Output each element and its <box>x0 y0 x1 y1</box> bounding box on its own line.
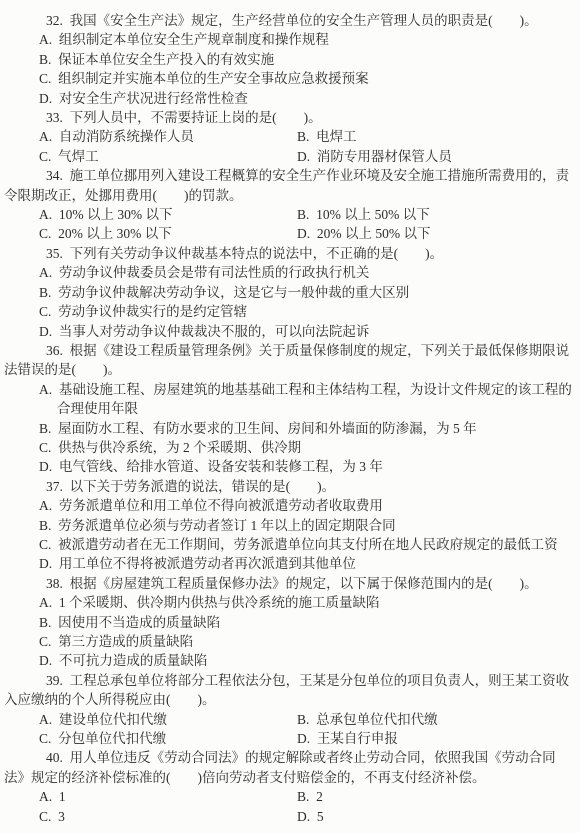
option-line: A. 劳动争议仲裁委员会是带有司法性质的行政执行机关 <box>4 263 580 282</box>
option-line: A. 1 个采暖期、供冷期内供热与供冷系统的施工质量缺陷 <box>4 593 580 612</box>
option-line: D. 用工单位不得将被派遣劳动者再次派遣到其他单位 <box>4 554 580 573</box>
question-35: 35. 下列有关劳动争议仲裁基本特点的说法中，不正确的是( )。 A. 劳动争议… <box>4 244 580 341</box>
option-line: B. 保证本单位安全生产投入的有效实施 <box>4 50 580 69</box>
option-line-continuation: 合理使用年限 <box>4 399 580 418</box>
option-cell: A. 1 <box>39 787 297 806</box>
option-line: C. 被派遣劳动者在无工作期间，劳务派遣单位向其支付所在地人民政府规定的最低工资 <box>4 535 580 554</box>
option-cell: B. 10% 以上 50% 以下 <box>297 205 580 224</box>
option-line: B. 劳动争议仲裁解决劳动争议，这是它与一般仲裁的重大区别 <box>4 283 580 302</box>
option-pair-row: C. 分包单位代扣代缴 D. 王某自行申报 <box>4 729 580 748</box>
option-pair-row: A. 10% 以上 30% 以下 B. 10% 以上 50% 以下 <box>4 205 580 224</box>
question-37: 37. 以下关于劳务派遣的说法，错误的是( )。 A. 劳务派遣单位和用工单位不… <box>4 477 580 574</box>
option-line: A. 组织制定本单位安全生产规章制度和操作规程 <box>4 30 580 49</box>
option-cell: D. 20% 以上 50% 以下 <box>297 224 580 243</box>
question-stem: 39. 工程总承包单位将部分工程依法分包，王某是分包单位的项目负责人，则王某工资… <box>4 671 580 690</box>
option-cell: A. 10% 以上 30% 以下 <box>39 205 297 224</box>
question-stem: 32. 我国《安全生产法》规定，生产经营单位的安全生产管理人员的职责是( )。 <box>4 11 580 30</box>
option-cell: D. 5 <box>297 807 580 826</box>
option-cell: D. 消防专用器材保管人员 <box>297 147 580 166</box>
option-cell: C. 气焊工 <box>39 147 297 166</box>
question-40: 40. 用人单位违反《劳动合同法》的规定解除或者终止劳动合同，依照我国《劳动合同… <box>4 748 580 826</box>
option-pair-row: C. 气焊工 D. 消防专用器材保管人员 <box>4 147 580 166</box>
option-cell: C. 3 <box>39 807 297 826</box>
option-line: B. 屋面防水工程、有防水要求的卫生间、房间和外墙面的防渗漏，为 5 年 <box>4 419 580 438</box>
option-line: C. 第三方造成的质量缺陷 <box>4 632 580 651</box>
option-pair-row: C. 3 D. 5 <box>4 807 580 826</box>
option-cell: A. 自动消防系统操作人员 <box>39 127 297 146</box>
option-line: A. 劳务派遣单位和用工单位不得向被派遣劳动者收取费用 <box>4 496 580 515</box>
option-line: C. 供热与供冷系统，为 2 个采暖期、供冷期 <box>4 438 580 457</box>
option-cell: B. 电焊工 <box>297 127 580 146</box>
question-stem-continuation: 法》规定的经济补偿标准的( )倍向劳动者支付赔偿金的，不再支付经济补偿。 <box>4 768 580 787</box>
question-36: 36. 根据《建设工程质量管理条例》关于质量保修制度的规定，下列关于最低保修期限… <box>4 341 580 477</box>
question-stem-continuation: 入应缴纳的个人所得税应由( )。 <box>4 690 580 709</box>
option-line: A. 基础设施工程、房屋建筑的地基基础工程和主体结构工程，为设计文件规定的该工程… <box>4 380 580 399</box>
question-stem: 38. 根据《房屋建筑工程质量保修办法》的规定，以下属于保修范围内的是( )。 <box>4 574 580 593</box>
question-stem-continuation: 令限期改正，处挪用费用( )的罚款。 <box>4 186 580 205</box>
option-cell: B. 总承包单位代扣代缴 <box>297 710 580 729</box>
option-line: B. 因使用不当造成的质量缺陷 <box>4 613 580 632</box>
option-cell: A. 建设单位代扣代缴 <box>39 710 297 729</box>
question-stem: 35. 下列有关劳动争议仲裁基本特点的说法中，不正确的是( )。 <box>4 244 580 263</box>
option-cell: D. 王某自行申报 <box>297 729 580 748</box>
option-pair-row: A. 建设单位代扣代缴 B. 总承包单位代扣代缴 <box>4 710 580 729</box>
option-cell: B. 2 <box>297 787 580 806</box>
option-line: D. 当事人对劳动争议仲裁裁决不服的，可以向法院起诉 <box>4 322 580 341</box>
question-32: 32. 我国《安全生产法》规定，生产经营单位的安全生产管理人员的职责是( )。 … <box>4 11 580 108</box>
option-pair-row: A. 自动消防系统操作人员 B. 电焊工 <box>4 127 580 146</box>
question-stem: 34. 施工单位挪用列入建设工程概算的安全生产作业环境及安全施工措施所需费用的，… <box>4 166 580 185</box>
question-33: 33. 下列人员中，不需要持证上岗的是( )。 A. 自动消防系统操作人员 B.… <box>4 108 580 166</box>
question-stem: 33. 下列人员中，不需要持证上岗的是( )。 <box>4 108 580 127</box>
question-34: 34. 施工单位挪用列入建设工程概算的安全生产作业环境及安全施工措施所需费用的，… <box>4 166 580 244</box>
option-cell: C. 20% 以上 30% 以下 <box>39 224 297 243</box>
question-stem-continuation: 法错误的是( )。 <box>4 360 580 379</box>
question-stem: 40. 用人单位违反《劳动合同法》的规定解除或者终止劳动合同，依照我国《劳动合同 <box>4 748 580 767</box>
option-cell: C. 分包单位代扣代缴 <box>39 729 297 748</box>
exam-document: 32. 我国《安全生产法》规定，生产经营单位的安全生产管理人员的职责是( )。 … <box>0 0 580 826</box>
question-39: 39. 工程总承包单位将部分工程依法分包，王某是分包单位的项目负责人，则王某工资… <box>4 671 580 749</box>
option-line: B. 劳务派遣单位必须与劳动者签订 1 年以上的固定期限合同 <box>4 516 580 535</box>
option-pair-row: A. 1 B. 2 <box>4 787 580 806</box>
question-stem: 37. 以下关于劳务派遣的说法，错误的是( )。 <box>4 477 580 496</box>
option-line: D. 不可抗力造成的质量缺陷 <box>4 651 580 670</box>
question-38: 38. 根据《房屋建筑工程质量保修办法》的规定，以下属于保修范围内的是( )。 … <box>4 574 580 671</box>
option-line: D. 对安全生产状况进行经常性检查 <box>4 89 580 108</box>
option-line: D. 电气管线、给排水管道、设备安装和装修工程，为 3 年 <box>4 457 580 476</box>
option-line: C. 组织制定并实施本单位的生产安全事故应急救援预案 <box>4 69 580 88</box>
option-pair-row: C. 20% 以上 30% 以下 D. 20% 以上 50% 以下 <box>4 224 580 243</box>
option-line: C. 劳动争议仲裁实行的是约定管辖 <box>4 302 580 321</box>
question-stem: 36. 根据《建设工程质量管理条例》关于质量保修制度的规定，下列关于最低保修期限… <box>4 341 580 360</box>
